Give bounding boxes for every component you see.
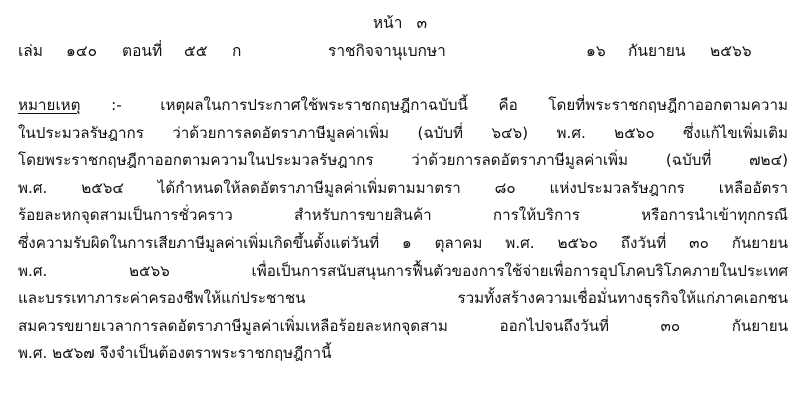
gazette-header: เล่ม ๑๔๐ ตอนที่ ๕๕ ก ราชกิจจานุเบกษา ๑๖ … xyxy=(0,38,800,62)
note-line-10: พ.ศ. ๒๕๖๗ จึงจำเป็นต้องตราพระราชกฤษฎีกาน… xyxy=(18,340,788,368)
volume-label: เล่ม xyxy=(18,38,43,63)
note-separator: :- xyxy=(111,96,122,114)
section-letter: ก xyxy=(232,38,241,63)
note-line-3: โดยพระราชกฤษฎีกาออกตามความในประมวลรัษฎาก… xyxy=(18,147,788,175)
page-label: หน้า xyxy=(373,14,403,32)
note-line-9: สมควรขยายเวลาการลดอัตราภาษีมูลค่าเพิ่มเห… xyxy=(18,313,788,341)
section-label: ตอนที่ xyxy=(122,38,162,63)
note-line-1: หมายเหตุ :- เหตุผลในการประกาศใช้พระราชกฤ… xyxy=(18,92,788,120)
gazette-page: หน้า๓ เล่ม ๑๔๐ ตอนที่ ๕๕ ก ราชกิจจานุเบก… xyxy=(0,0,800,409)
note-line-6: ซึ่งความรับผิดในการเสียภาษีมูลค่าเพิ่มเก… xyxy=(18,230,788,258)
page-number-value: ๓ xyxy=(416,14,427,32)
note-line-7: พ.ศ. ๒๕๖๖ เพื่อเป็นการสนับสนุนการฟื้นตัว… xyxy=(18,258,788,286)
page-number: หน้า๓ xyxy=(0,10,800,35)
note-paragraph: หมายเหตุ :- เหตุผลในการประกาศใช้พระราชกฤ… xyxy=(18,92,788,368)
volume-number: ๑๔๐ xyxy=(66,38,97,63)
note-line-8: และบรรเทาภาระค่าครองชีพให้แก่ประชาชน รวม… xyxy=(18,285,788,313)
note-line-2: ในประมวลรัษฎากร ว่าด้วยการลดอัตราภาษีมูล… xyxy=(18,120,788,148)
note-line-5: ร้อยละหกจุดสามเป็นการชั่วคราว สำหรับการข… xyxy=(18,202,788,230)
note-label: หมายเหตุ xyxy=(18,96,81,114)
date-year: ๒๕๖๖ xyxy=(710,38,752,63)
publication-name: ราชกิจจานุเบกษา xyxy=(328,38,446,63)
note-text: เหตุผลในการประกาศใช้พระราชกฤษฎีกาฉบับนี้… xyxy=(160,96,788,114)
date-day: ๑๖ xyxy=(586,38,606,63)
note-line-4: พ.ศ. ๒๕๖๔ ได้กำหนดให้ลดอัตราภาษีมูลค่าเพ… xyxy=(18,175,788,203)
date-month: กันยายน xyxy=(628,38,685,63)
section-number: ๕๕ xyxy=(184,38,207,63)
